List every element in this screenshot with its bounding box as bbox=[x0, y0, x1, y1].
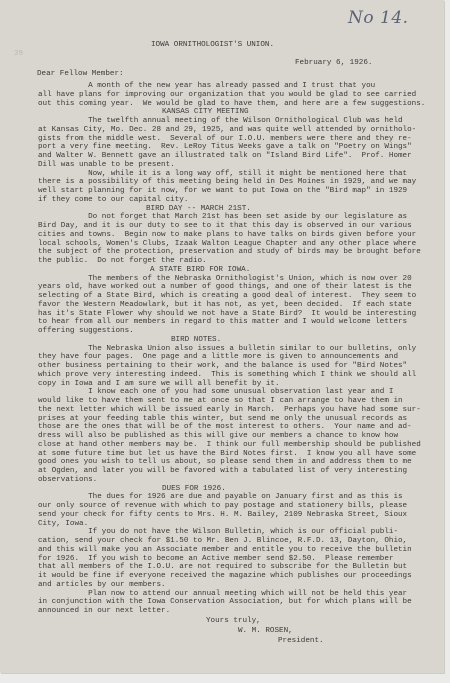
body-line: A month of the new year has already pass… bbox=[38, 82, 425, 91]
body-line: has it's State Flower why should we not … bbox=[38, 310, 425, 319]
body-line: favor the Western Meadowlark, but it has… bbox=[38, 301, 425, 310]
body-line: there is a possibility of this meeting b… bbox=[38, 178, 425, 187]
pencil-mark: 39 bbox=[14, 49, 23, 57]
body-line: at some future time but let us have the … bbox=[38, 450, 425, 459]
body-line: The twelfth annual meeting of the Wilson… bbox=[38, 117, 425, 126]
body-line: those are the ones that will be of the m… bbox=[38, 423, 425, 432]
body-line: other business pertaining to their work,… bbox=[38, 362, 425, 371]
body-line: which prove very interesting indeed. Thi… bbox=[38, 371, 425, 380]
salutation: Dear Fellow Member: bbox=[37, 70, 124, 79]
body-line: send your check for fifty cents to Mrs. … bbox=[38, 511, 425, 520]
letter-body: A month of the new year has already pass… bbox=[38, 82, 425, 616]
body-line: our only source of revenue with which to… bbox=[38, 502, 425, 511]
body-line: well start planning for it now, for we w… bbox=[38, 187, 425, 196]
body-line: observations. bbox=[38, 476, 425, 485]
body-line: If you do not have the Wilson Bulletin, … bbox=[38, 528, 425, 537]
body-line: port a very fine meeting. Rev. LeRoy Tit… bbox=[38, 143, 425, 152]
body-line: Dill was unable to be present. bbox=[38, 161, 425, 170]
signer-title: President. bbox=[278, 637, 324, 646]
body-line: close at hand other members may be. I th… bbox=[38, 441, 425, 450]
body-line: the next letter which will be issued ear… bbox=[38, 406, 425, 415]
body-line: the subject of the protection, preservat… bbox=[38, 248, 425, 257]
body-line: cation, send your check for $1.50 to Mr.… bbox=[38, 537, 425, 546]
body-line: The members of the Nebraska Ornithologis… bbox=[38, 275, 425, 284]
body-line: Bird Day, and it is our duty to see to i… bbox=[38, 222, 425, 231]
body-line: Now, while it is a long way off, still i… bbox=[38, 170, 425, 179]
body-line: out this coming year. We would be glad t… bbox=[38, 100, 425, 109]
body-line: I know each one of you had some unusual … bbox=[38, 388, 425, 397]
body-line: that all members of the I.O.U. are not r… bbox=[38, 563, 425, 572]
body-line: Plan now to attend our annual meeting wh… bbox=[38, 590, 425, 599]
body-line: and articles by our members. bbox=[38, 581, 425, 590]
body-line: The Nebraska Union also issues a bulleti… bbox=[38, 345, 425, 354]
closing: Yours truly, bbox=[206, 617, 261, 626]
body-line: selecting of a State Bird, which is crea… bbox=[38, 292, 425, 301]
body-line: if they come to our capital city. bbox=[38, 196, 425, 205]
body-line: announced in our next letter. bbox=[38, 607, 425, 616]
body-line: prises at your feeding table this winter… bbox=[38, 415, 425, 424]
body-line: The dues for 1926 are due and payable on… bbox=[38, 493, 425, 502]
body-line: at Kansas City, Mo. Dec. 28 and 29, 1925… bbox=[38, 126, 425, 135]
section-title: BIRD DAY -- MARCH 21ST. bbox=[38, 205, 425, 214]
body-line: offering suggestions. bbox=[38, 327, 425, 336]
letter-heading: IOWA ORNITHOLOGIST'S UNION. bbox=[151, 41, 274, 50]
body-line: at Ogden, and later you will be favored … bbox=[38, 467, 425, 476]
body-line: they have four pages. One page and a lit… bbox=[38, 353, 425, 362]
body-line: dress will also be published as this wil… bbox=[38, 432, 425, 441]
section-title: DUES FOR 1926. bbox=[38, 485, 425, 494]
body-line: the public. Do not forget the radio. bbox=[38, 257, 425, 266]
body-line: all have plans for improving our organiz… bbox=[38, 91, 425, 100]
body-line: would like to have them sent to me at on… bbox=[38, 397, 425, 406]
body-line: and this will make you an Associate memb… bbox=[38, 546, 425, 555]
letter-date: February 6, 1926. bbox=[295, 59, 372, 68]
body-line: it would be fine if everyone received th… bbox=[38, 572, 425, 581]
body-line: for 1926. If you wish to become an Activ… bbox=[38, 555, 425, 564]
section-title: KANSAS CITY MEETING bbox=[38, 108, 425, 117]
signer-name: W. M. ROSEN, bbox=[238, 627, 293, 636]
body-line: Do not forget that March 21st has been s… bbox=[38, 213, 425, 222]
body-line: copy in Iowa and I am sure we will all b… bbox=[38, 380, 425, 389]
section-title: BIRD NOTES. bbox=[38, 336, 425, 345]
body-line: in conjunction with the Iowa Conservatio… bbox=[38, 598, 425, 607]
body-line: years old, have worked out a number of g… bbox=[38, 283, 425, 292]
body-line: gists from the middle west. Several of o… bbox=[38, 135, 425, 144]
body-line: and Walter W. Bennett gave an illustrate… bbox=[38, 152, 425, 161]
body-line: local schools, Women's Clubs, Izaak Walt… bbox=[38, 240, 425, 249]
body-line: cities and towns. Begin now to make plan… bbox=[38, 231, 425, 240]
handwritten-number: No 14. bbox=[348, 8, 409, 28]
body-line: City, Iowa. bbox=[38, 520, 425, 529]
letter-page: No 14. 39 IOWA ORNITHOLOGIST'S UNION. Fe… bbox=[0, 0, 444, 673]
body-line: to hear from all our members in regard t… bbox=[38, 318, 425, 327]
body-line: good ones you wish to tell us about, so … bbox=[38, 458, 425, 467]
section-title: A STATE BIRD FOR IOWA. bbox=[38, 266, 425, 275]
